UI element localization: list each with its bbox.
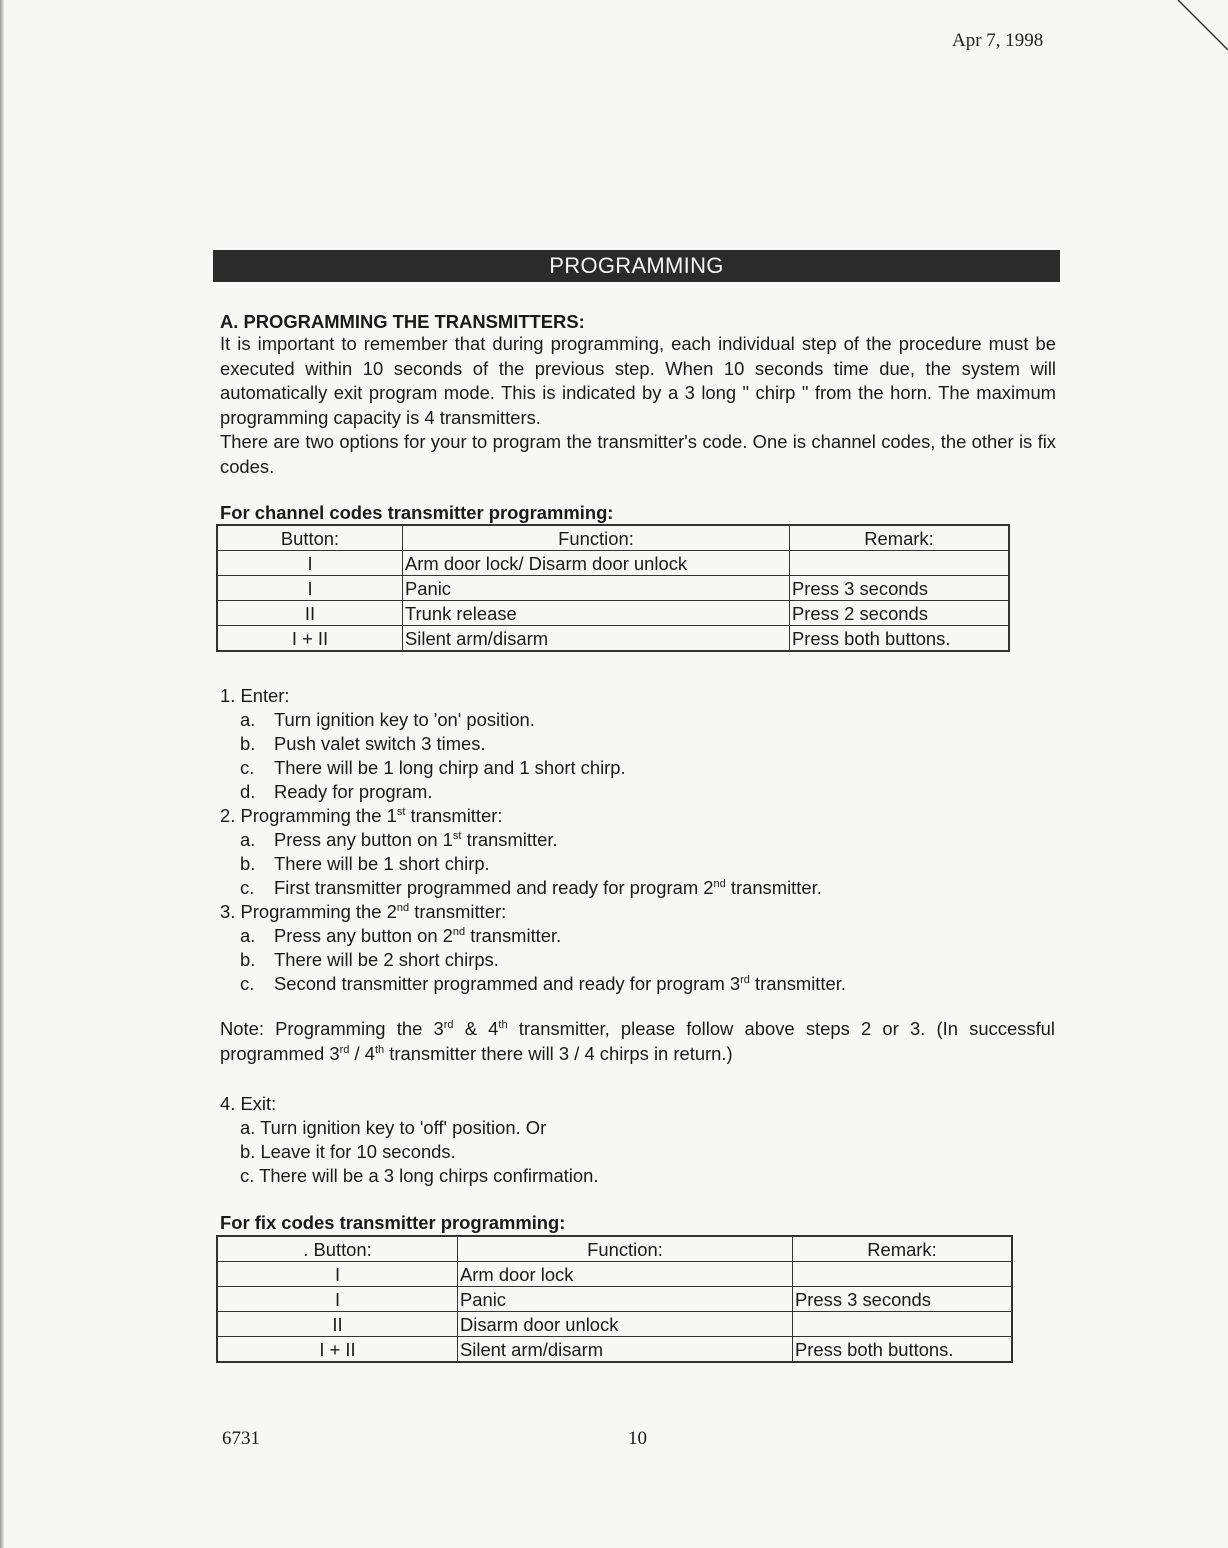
table-row: I Arm door lock/ Disarm door unlock xyxy=(217,551,1009,576)
cell-remark: Press 2 seconds xyxy=(790,601,1010,626)
step-4b: b. Leave it for 10 seconds. xyxy=(240,1140,598,1164)
cell-button: I xyxy=(217,551,403,576)
table-header-row: . Button: Function: Remark: xyxy=(217,1236,1012,1262)
cell-function: Panic xyxy=(458,1287,793,1312)
intro-paragraph-1: It is important to remember that during … xyxy=(220,332,1056,430)
table-row: II Trunk release Press 2 seconds xyxy=(217,601,1009,626)
step-4-label: 4. Exit: xyxy=(220,1092,598,1116)
step-1a: a.Turn ignition key to 'on' position. xyxy=(240,708,846,732)
banner-title: PROGRAMMING xyxy=(549,253,723,279)
cell-remark: Press both buttons. xyxy=(790,626,1010,652)
step-3c: c.Second transmitter programmed and read… xyxy=(240,972,846,996)
cell-button: I xyxy=(217,1287,458,1312)
cell-function: Silent arm/disarm xyxy=(403,626,790,652)
cell-function: Panic xyxy=(403,576,790,601)
step-4a: a. Turn ignition key to 'off' position. … xyxy=(240,1116,598,1140)
cell-function: Arm door lock/ Disarm door unlock xyxy=(403,551,790,576)
cell-function: Silent arm/disarm xyxy=(458,1337,793,1363)
header-remark: Remark: xyxy=(793,1236,1013,1262)
step-1-label: 1. Enter: xyxy=(220,684,846,708)
channel-codes-table: Button: Function: Remark: I Arm door loc… xyxy=(216,524,1010,652)
cell-button: II xyxy=(217,601,403,626)
header-button: . Button: xyxy=(217,1236,458,1262)
cell-function: Disarm door unlock xyxy=(458,1312,793,1337)
fix-codes-table: . Button: Function: Remark: I Arm door l… xyxy=(216,1235,1013,1363)
step-1b: b.Push valet switch 3 times. xyxy=(240,732,846,756)
fix-table-caption: For fix codes transmitter programming: xyxy=(220,1212,565,1234)
header-function: Function: xyxy=(458,1236,793,1262)
cell-remark: Press both buttons. xyxy=(793,1337,1013,1363)
header-button: Button: xyxy=(217,525,403,551)
cell-remark xyxy=(790,551,1010,576)
step-3b: b.There will be 2 short chirps. xyxy=(240,948,846,972)
page-number: 10 xyxy=(628,1428,647,1450)
cell-remark xyxy=(793,1312,1013,1337)
table-row: I Panic Press 3 seconds xyxy=(217,1287,1012,1312)
step-1d: d.Ready for program. xyxy=(240,780,846,804)
step-1c: c.There will be 1 long chirp and 1 short… xyxy=(240,756,846,780)
table-header-row: Button: Function: Remark: xyxy=(217,525,1009,551)
page-corner-fold xyxy=(1148,0,1228,60)
channel-table-caption: For channel codes transmitter programmin… xyxy=(220,502,613,524)
document-date: Apr 7, 1998 xyxy=(952,30,1043,52)
cell-button: II xyxy=(217,1312,458,1337)
intro-paragraph-2: There are two options for your to progra… xyxy=(220,430,1056,479)
intro-text: It is important to remember that during … xyxy=(220,332,1056,479)
table-row: II Disarm door unlock xyxy=(217,1312,1012,1337)
programming-steps: 1. Enter: a.Turn ignition key to 'on' po… xyxy=(220,684,846,996)
step-2c: c.First transmitter programmed and ready… xyxy=(240,876,846,900)
cell-button: I + II xyxy=(217,1337,458,1363)
step-2b: b.There will be 1 short chirp. xyxy=(240,852,846,876)
section-banner: PROGRAMMING xyxy=(213,250,1060,282)
step-2a: a.Press any button on 1st transmitter. xyxy=(240,828,846,852)
table-row: I Panic Press 3 seconds xyxy=(217,576,1009,601)
step-3a: a.Press any button on 2nd transmitter. xyxy=(240,924,846,948)
cell-button: I xyxy=(217,576,403,601)
cell-remark: Press 3 seconds xyxy=(790,576,1010,601)
step-2-label: 2. Programming the 1st transmitter: xyxy=(220,804,846,828)
header-function: Function: xyxy=(403,525,790,551)
table-row: I + II Silent arm/disarm Press both butt… xyxy=(217,1337,1012,1363)
exit-steps: 4. Exit: a. Turn ignition key to 'off' p… xyxy=(220,1092,598,1188)
cell-button: I + II xyxy=(217,626,403,652)
step-4c: c. There will be a 3 long chirps confirm… xyxy=(240,1164,598,1188)
cell-function: Trunk release xyxy=(403,601,790,626)
cell-remark: Press 3 seconds xyxy=(793,1287,1013,1312)
table-row: I + II Silent arm/disarm Press both butt… xyxy=(217,626,1009,652)
scan-edge xyxy=(0,0,4,1548)
cell-remark xyxy=(793,1262,1013,1287)
cell-function: Arm door lock xyxy=(458,1262,793,1287)
step-3-label: 3. Programming the 2nd transmitter: xyxy=(220,900,846,924)
section-heading: A. PROGRAMMING THE TRANSMITTERS: xyxy=(220,311,585,333)
table-row: I Arm door lock xyxy=(217,1262,1012,1287)
cell-button: I xyxy=(217,1262,458,1287)
document-number: 6731 xyxy=(222,1428,260,1450)
header-remark: Remark: xyxy=(790,525,1010,551)
note-text: Note: Programming the 3rd & 4th transmit… xyxy=(220,1016,1055,1066)
